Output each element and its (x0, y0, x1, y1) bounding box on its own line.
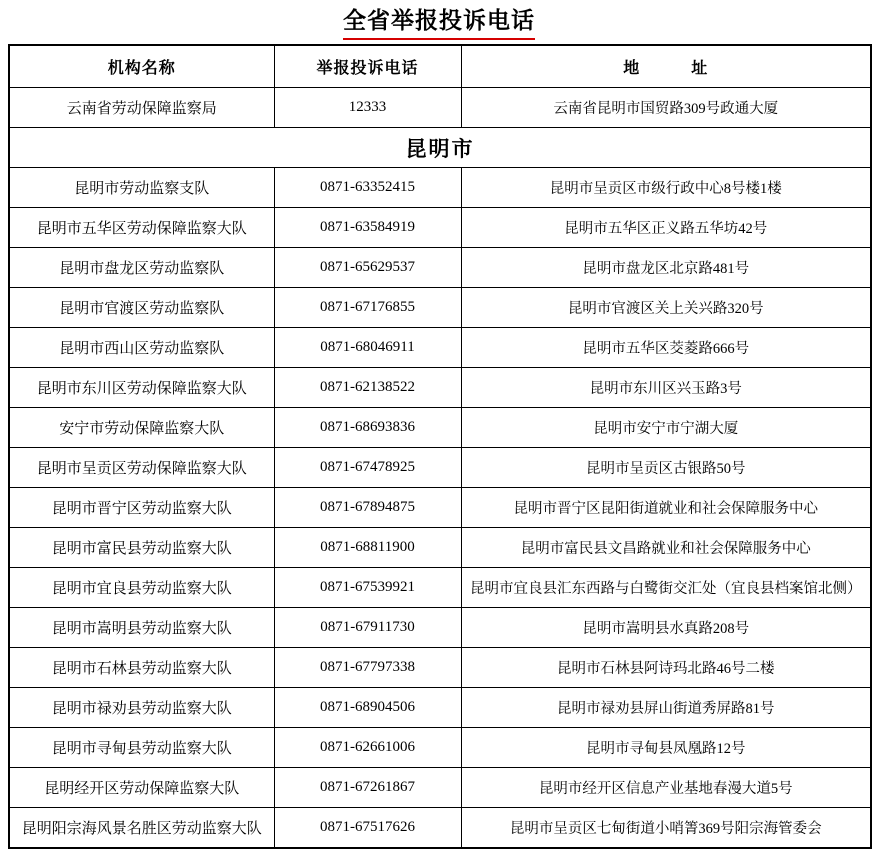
org-name-cell: 昆明阳宗海风景名胜区劳动监察大队 (9, 808, 274, 849)
table-row: 昆明市五华区劳动保障监察大队 0871-63584919 昆明市五华区正义路五华… (9, 208, 871, 248)
org-name-cell: 云南省劳动保障监察局 (9, 88, 274, 128)
address-cell: 昆明市五华区茭菱路666号 (461, 328, 871, 368)
address-cell: 昆明市呈贡区市级行政中心8号楼1楼 (461, 168, 871, 208)
table-row: 昆明市西山区劳动监察队 0871-68046911 昆明市五华区茭菱路666号 (9, 328, 871, 368)
header-phone: 举报投诉电话 (274, 45, 461, 88)
table-row: 昆明市官渡区劳动监察队 0871-67176855 昆明市官渡区关上关兴路320… (9, 288, 871, 328)
phone-cell: 0871-62138522 (274, 368, 461, 408)
header-address: 地 址 (461, 45, 871, 88)
address-cell: 昆明市经开区信息产业基地春漫大道5号 (461, 768, 871, 808)
address-cell: 昆明市东川区兴玉路3号 (461, 368, 871, 408)
phone-cell: 0871-68811900 (274, 528, 461, 568)
title-area: 全省举报投诉电话 (0, 0, 878, 44)
org-name-cell: 昆明市西山区劳动监察队 (9, 328, 274, 368)
page-title: 全省举报投诉电话 (343, 7, 535, 40)
phone-cell: 0871-68693836 (274, 408, 461, 448)
phone-cell: 0871-65629537 (274, 248, 461, 288)
org-name-cell: 安宁市劳动保障监察大队 (9, 408, 274, 448)
phone-directory-table: 机构名称 举报投诉电话 地 址 云南省劳动保障监察局 12333 云南省昆明市国… (8, 44, 872, 849)
phone-cell: 0871-63584919 (274, 208, 461, 248)
phone-cell: 0871-67176855 (274, 288, 461, 328)
table-row: 昆明市晋宁区劳动监察大队 0871-67894875 昆明市晋宁区昆阳街道就业和… (9, 488, 871, 528)
address-cell: 昆明市富民县文昌路就业和社会保障服务中心 (461, 528, 871, 568)
phone-cell: 0871-67261867 (274, 768, 461, 808)
phone-cell: 12333 (274, 88, 461, 128)
phone-cell: 0871-63352415 (274, 168, 461, 208)
city-section-label: 昆明市 (9, 128, 871, 168)
address-cell: 昆明市五华区正义路五华坊42号 (461, 208, 871, 248)
table-row: 昆明市宜良县劳动监察大队 0871-67539921 昆明市宜良县汇东西路与白鹭… (9, 568, 871, 608)
table-row: 昆明阳宗海风景名胜区劳动监察大队 0871-67517626 昆明市呈贡区七甸街… (9, 808, 871, 849)
org-name-cell: 昆明市东川区劳动保障监察大队 (9, 368, 274, 408)
address-cell: 昆明市禄劝县屏山街道秀屏路81号 (461, 688, 871, 728)
address-cell: 昆明市寻甸县凤凰路12号 (461, 728, 871, 768)
phone-cell: 0871-67517626 (274, 808, 461, 849)
phone-cell: 0871-67478925 (274, 448, 461, 488)
address-cell: 云南省昆明市国贸路309号政通大厦 (461, 88, 871, 128)
table-row: 昆明市富民县劳动监察大队 0871-68811900 昆明市富民县文昌路就业和社… (9, 528, 871, 568)
table-row-provincial: 云南省劳动保障监察局 12333 云南省昆明市国贸路309号政通大厦 (9, 88, 871, 128)
address-cell: 昆明市晋宁区昆阳街道就业和社会保障服务中心 (461, 488, 871, 528)
phone-cell: 0871-68904506 (274, 688, 461, 728)
org-name-cell: 昆明市盘龙区劳动监察队 (9, 248, 274, 288)
phone-cell: 0871-67797338 (274, 648, 461, 688)
org-name-cell: 昆明市劳动监察支队 (9, 168, 274, 208)
table-row: 昆明经开区劳动保障监察大队 0871-67261867 昆明市经开区信息产业基地… (9, 768, 871, 808)
address-cell: 昆明市盘龙区北京路481号 (461, 248, 871, 288)
phone-cell: 0871-62661006 (274, 728, 461, 768)
page: 全省举报投诉电话 机构名称 举报投诉电话 地 址 云南省劳动保障监察局 1233… (0, 0, 878, 849)
table-row: 昆明市嵩明县劳动监察大队 0871-67911730 昆明市嵩明县水真路208号 (9, 608, 871, 648)
table-row: 昆明市寻甸县劳动监察大队 0871-62661006 昆明市寻甸县凤凰路12号 (9, 728, 871, 768)
header-org-name: 机构名称 (9, 45, 274, 88)
table-row: 昆明市劳动监察支队 0871-63352415 昆明市呈贡区市级行政中心8号楼1… (9, 168, 871, 208)
address-cell: 昆明市呈贡区七甸街道小哨箐369号阳宗海管委会 (461, 808, 871, 849)
table-row: 昆明市禄劝县劳动监察大队 0871-68904506 昆明市禄劝县屏山街道秀屏路… (9, 688, 871, 728)
address-cell: 昆明市嵩明县水真路208号 (461, 608, 871, 648)
phone-cell: 0871-67894875 (274, 488, 461, 528)
org-name-cell: 昆明市呈贡区劳动保障监察大队 (9, 448, 274, 488)
org-name-cell: 昆明市嵩明县劳动监察大队 (9, 608, 274, 648)
org-name-cell: 昆明市寻甸县劳动监察大队 (9, 728, 274, 768)
table-row: 昆明市东川区劳动保障监察大队 0871-62138522 昆明市东川区兴玉路3号 (9, 368, 871, 408)
org-name-cell: 昆明市石林县劳动监察大队 (9, 648, 274, 688)
address-cell: 昆明市石林县阿诗玛北路46号二楼 (461, 648, 871, 688)
phone-cell: 0871-67911730 (274, 608, 461, 648)
phone-cell: 0871-67539921 (274, 568, 461, 608)
phone-cell: 0871-68046911 (274, 328, 461, 368)
address-cell: 昆明市官渡区关上关兴路320号 (461, 288, 871, 328)
address-cell: 昆明市安宁市宁湖大厦 (461, 408, 871, 448)
org-name-cell: 昆明市五华区劳动保障监察大队 (9, 208, 274, 248)
address-cell: 昆明市宜良县汇东西路与白鹭街交汇处（宜良县档案馆北侧） (461, 568, 871, 608)
table-row: 昆明市盘龙区劳动监察队 0871-65629537 昆明市盘龙区北京路481号 (9, 248, 871, 288)
org-name-cell: 昆明市宜良县劳动监察大队 (9, 568, 274, 608)
address-cell: 昆明市呈贡区古银路50号 (461, 448, 871, 488)
org-name-cell: 昆明经开区劳动保障监察大队 (9, 768, 274, 808)
org-name-cell: 昆明市晋宁区劳动监察大队 (9, 488, 274, 528)
table-row: 昆明市呈贡区劳动保障监察大队 0871-67478925 昆明市呈贡区古银路50… (9, 448, 871, 488)
section-row-kunming: 昆明市 (9, 128, 871, 168)
header-row: 机构名称 举报投诉电话 地 址 (9, 45, 871, 88)
table-row: 昆明市石林县劳动监察大队 0871-67797338 昆明市石林县阿诗玛北路46… (9, 648, 871, 688)
org-name-cell: 昆明市富民县劳动监察大队 (9, 528, 274, 568)
org-name-cell: 昆明市官渡区劳动监察队 (9, 288, 274, 328)
org-name-cell: 昆明市禄劝县劳动监察大队 (9, 688, 274, 728)
table-row: 安宁市劳动保障监察大队 0871-68693836 昆明市安宁市宁湖大厦 (9, 408, 871, 448)
